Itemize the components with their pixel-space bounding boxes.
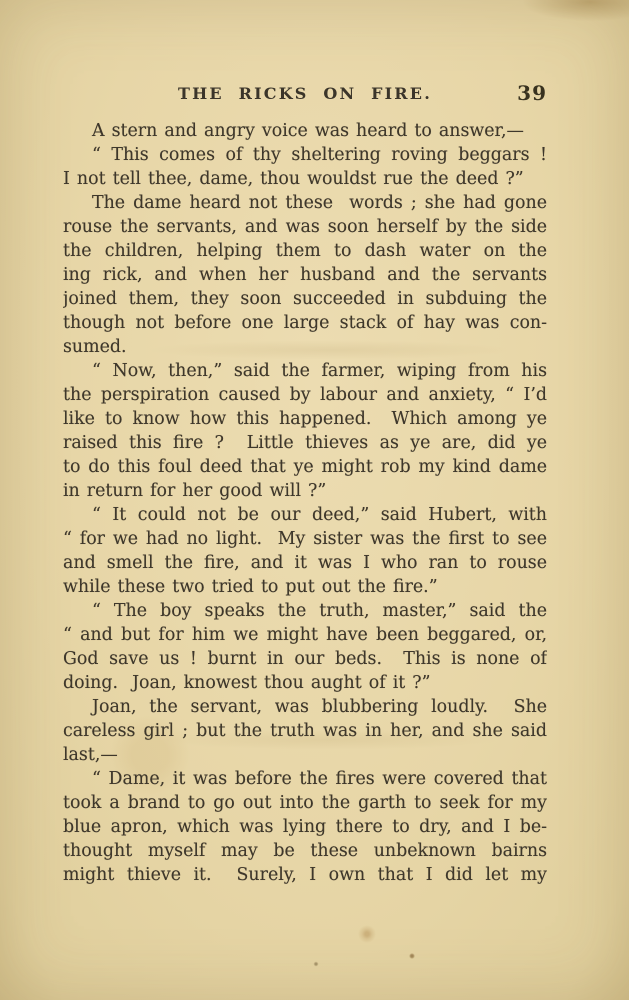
text-line: sumed. xyxy=(63,335,547,359)
text-line: and smell the fire, and it was I who ran… xyxy=(63,551,547,575)
text-line: ing rick, and when her husband and the s… xyxy=(63,263,547,287)
text-line: “ The boy speaks the truth, master,” sai… xyxy=(63,599,547,623)
text-line: the perspiration caused by labour and an… xyxy=(63,383,547,407)
body-text: A stern and angry voice was heard to ans… xyxy=(63,119,547,887)
text-line: blue apron, which was lying there to dry… xyxy=(63,815,547,839)
text-line: doing. Joan, knowest thou aught of it ?” xyxy=(63,671,547,695)
text-line: “ It could not be our deed,” said Hubert… xyxy=(63,503,547,527)
text-line: last,— xyxy=(63,743,547,767)
text-line: “ for we had no light. My sister was the… xyxy=(63,527,547,551)
text-line: while these two tried to put out the fir… xyxy=(63,575,547,599)
text-line: “ and but for him we might have been beg… xyxy=(63,623,547,647)
text-line: thought myself may be these unbeknown ba… xyxy=(63,839,547,863)
text-line: “ This comes of thy sheltering roving be… xyxy=(63,143,547,167)
text-line: took a brand to go out into the garth to… xyxy=(63,791,547,815)
text-line: The dame heard not these words ; she had… xyxy=(63,191,547,215)
book-page: THE RICKS ON FIRE. 39 A stern and angry … xyxy=(0,0,629,1000)
text-line: God save us ! burnt in our beds. This is… xyxy=(63,647,547,671)
text-line: raised this fire ? Little thieves as ye … xyxy=(63,431,547,455)
text-line: I not tell thee, dame, thou wouldst rue … xyxy=(63,167,547,191)
text-line: rouse the servants, and was soon herself… xyxy=(63,215,547,239)
running-title: THE RICKS ON FIRE. xyxy=(63,84,547,103)
page-number: 39 xyxy=(517,81,547,105)
text-line: might thieve it. Surely, I own that I di… xyxy=(63,863,547,887)
text-line: careless girl ; but the truth was in her… xyxy=(63,719,547,743)
text-line: “ Now, then,” said the farmer, wiping fr… xyxy=(63,359,547,383)
page-header: THE RICKS ON FIRE. 39 xyxy=(63,84,547,108)
text-line: in return for her good will ?” xyxy=(63,479,547,503)
text-line: the children, helping them to dash water… xyxy=(63,239,547,263)
text-line: to do this foul deed that ye might rob m… xyxy=(63,455,547,479)
text-line: though not before one large stack of hay… xyxy=(63,311,547,335)
text-line: like to know how this happened. Which am… xyxy=(63,407,547,431)
text-line: Joan, the servant, was blubbering loudly… xyxy=(63,695,547,719)
text-line: “ Dame, it was before the fires were cov… xyxy=(63,767,547,791)
text-line: joined them, they soon succeeded in subd… xyxy=(63,287,547,311)
text-line: A stern and angry voice was heard to ans… xyxy=(63,119,547,143)
